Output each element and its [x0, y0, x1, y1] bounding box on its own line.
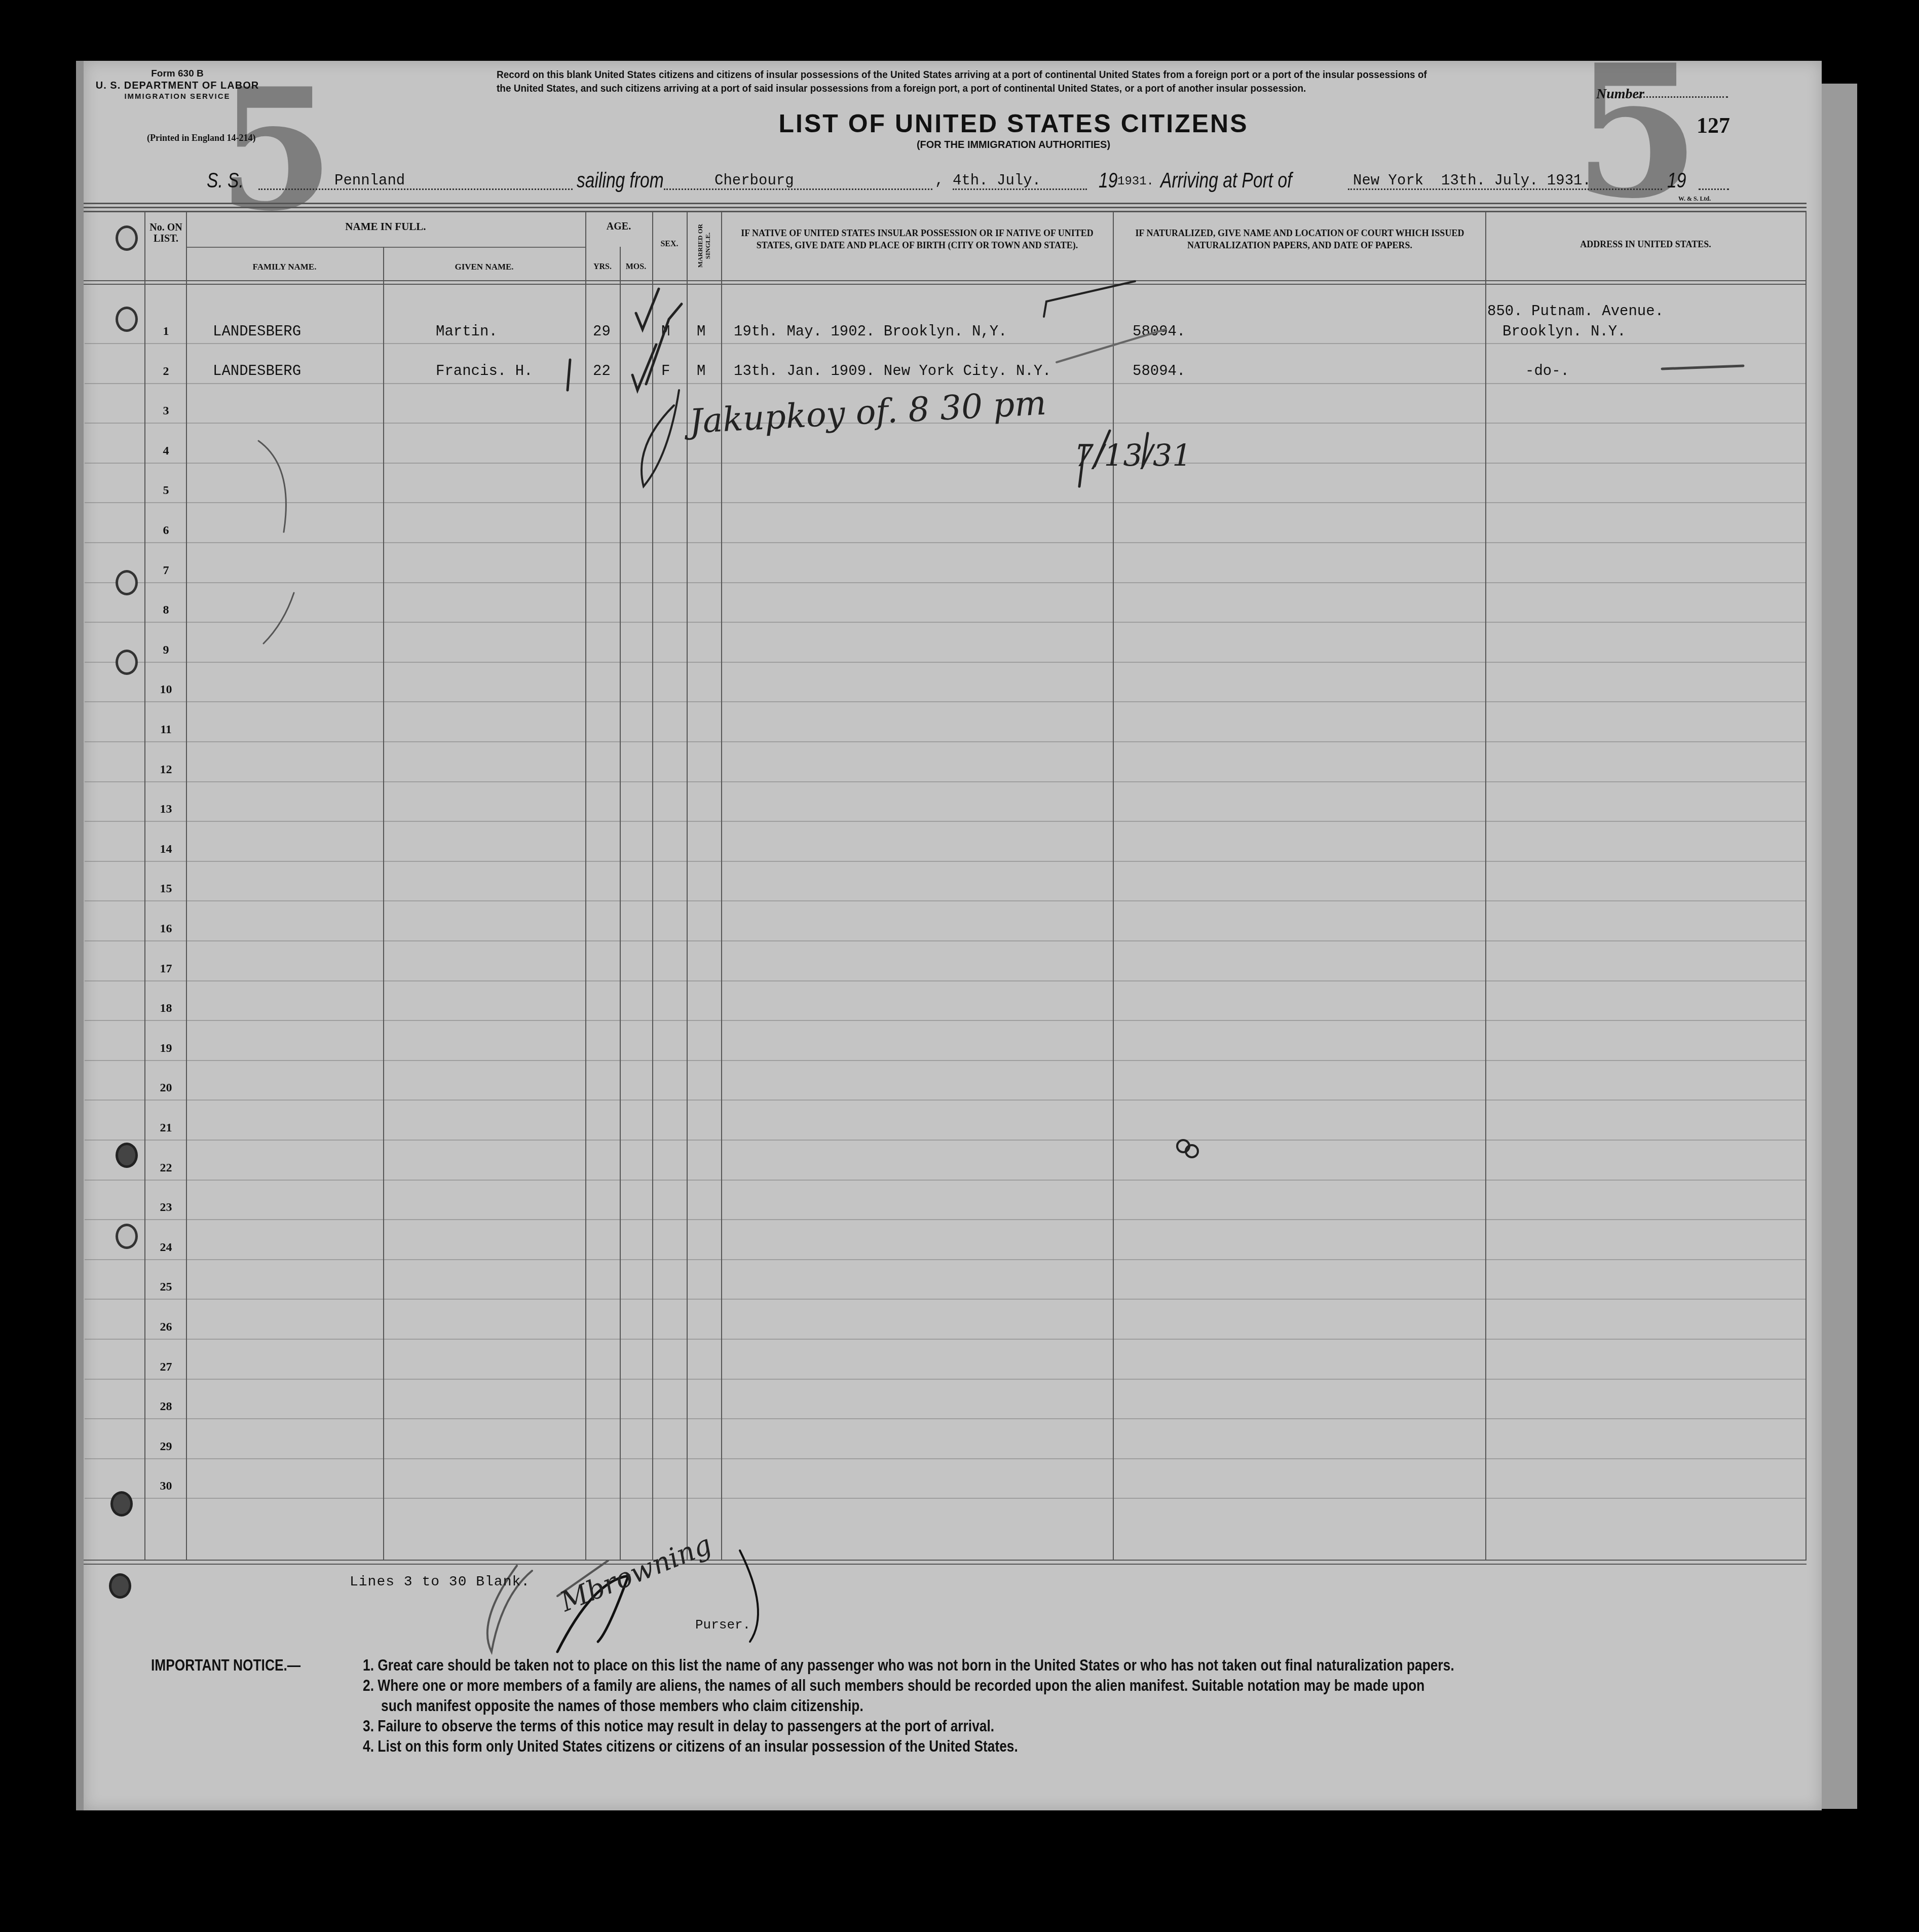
notice-2: 2. Where one or more members of a family…	[363, 1676, 1424, 1696]
purser-label: Purser.	[695, 1617, 750, 1633]
checkmark-row-1	[636, 289, 659, 329]
notice-2-cont: such manifest opposite the names of thos…	[381, 1696, 863, 1716]
handwriting-marks	[0, 0, 1919, 1932]
handwritten-date: 7/13/31	[1074, 438, 1191, 474]
notice-3: 3. Failure to observe the terms of this …	[363, 1716, 994, 1736]
blank-lines-note: Lines 3 to 30 Blank.	[350, 1574, 530, 1590]
notice-1: 1. Great care should be taken not to pla…	[363, 1655, 1454, 1676]
notice-4: 4. List on this form only United States …	[363, 1736, 1018, 1757]
notice-heading: IMPORTANT NOTICE.—	[151, 1655, 300, 1676]
